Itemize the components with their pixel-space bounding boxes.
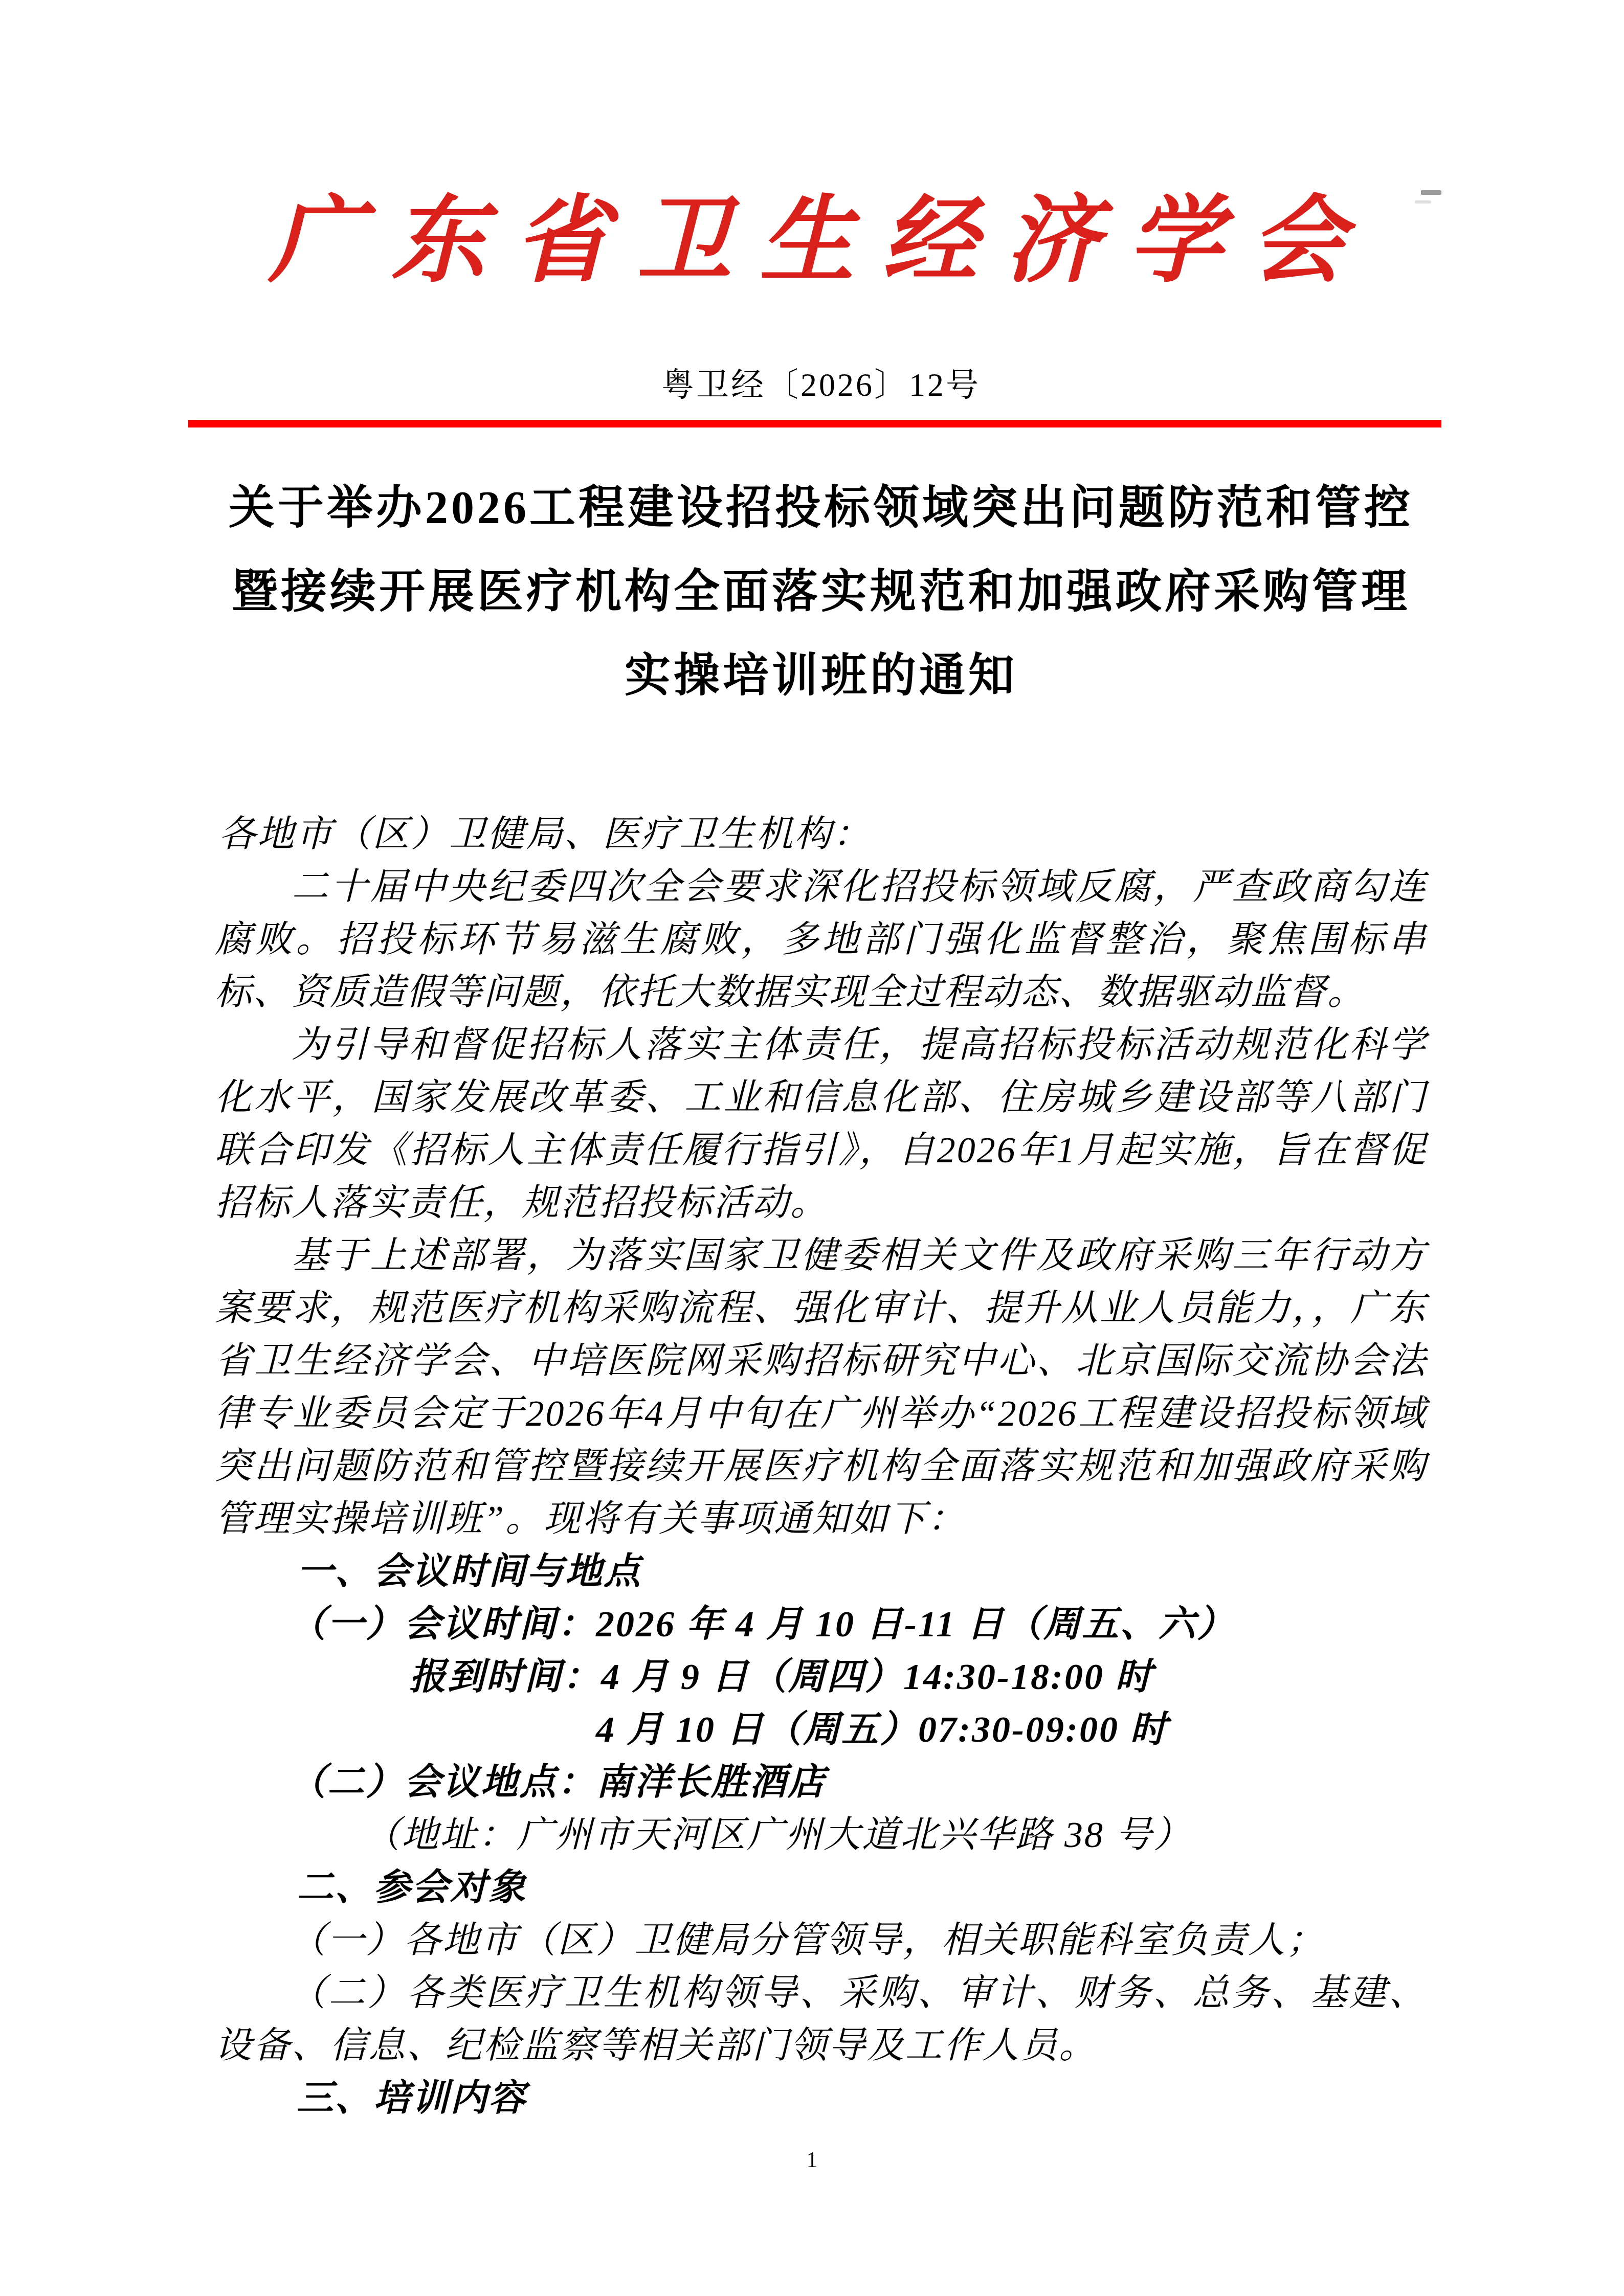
page-content: 广东省卫生经济学会 粤卫经〔2026〕12号 关于举办2026工程建设招投标领域… xyxy=(0,0,1624,2125)
paragraph-policy-background: 二十届中央纪委四次全会要求深化招投标领域反腐，严查政商勾连腐败。招投标环节易滋生… xyxy=(215,861,1427,1019)
doc-number: 粤卫经〔2026〕12号 xyxy=(215,366,1427,404)
page-number: 1 xyxy=(0,2148,1624,2172)
attendee-item-1: （一）各地市（区）卫健局分管领导，相关职能科室负责人； xyxy=(215,1914,1427,1967)
document-body: 各地市（区）卫健局、医疗卫生机构： 二十届中央纪委四次全会要求深化招投标领域反腐… xyxy=(215,808,1427,2125)
address-line: （地址：广州市天河区广州大道北兴华路 38 号） xyxy=(215,1809,1427,1861)
org-letterhead: 广东省卫生经济学会 xyxy=(215,0,1427,289)
document-page: 广东省卫生经济学会 粤卫经〔2026〕12号 关于举办2026工程建设招投标领域… xyxy=(0,0,1624,2296)
checkin-time-line-2: 4 月 10 日（周五）07:30-09:00 时 xyxy=(215,1703,1427,1756)
venue-line: （二）会议地点：南洋长胜酒店 xyxy=(215,1756,1427,1809)
attendee-item-2: （二）各类医疗卫生机构领导、采购、审计、财务、总务、基建、设备、信息、纪检监察等… xyxy=(215,1967,1427,2072)
scan-artifact-mark xyxy=(1415,200,1431,204)
notice-title: 关于举办2026工程建设招投标领域突出问题防范和管控 暨接续开展医疗机构全面落实… xyxy=(215,466,1427,718)
section-2-heading: 二、参会对象 xyxy=(215,1861,1427,1914)
paragraph-organizers: 基于上述部署，为落实国家卫健委相关文件及政府采购三年行动方案要求，规范医疗机构采… xyxy=(215,1229,1427,1545)
title-line-3: 实操培训班的通知 xyxy=(215,634,1427,718)
checkin-time-line-1: 报到时间：4 月 9 日（周四）14:30-18:00 时 xyxy=(215,1651,1427,1703)
scan-artifact-mark xyxy=(1421,190,1441,195)
red-divider-line xyxy=(188,420,1441,427)
section-3-heading: 三、培训内容 xyxy=(215,2072,1427,2125)
meeting-time-line: （一）会议时间：2026 年 4 月 10 日-11 日（周五、六） xyxy=(215,1598,1427,1651)
paragraph-guideline: 为引导和督促招标人落实主体责任，提高招标投标活动规范化科学化水平，国家发展改革委… xyxy=(215,1019,1427,1229)
salutation-line: 各地市（区）卫健局、医疗卫生机构： xyxy=(215,808,1427,861)
title-line-2: 暨接续开展医疗机构全面落实规范和加强政府采购管理 xyxy=(215,550,1427,634)
section-1-heading: 一、会议时间与地点 xyxy=(215,1545,1427,1598)
title-line-1: 关于举办2026工程建设招投标领域突出问题防范和管控 xyxy=(215,466,1427,550)
